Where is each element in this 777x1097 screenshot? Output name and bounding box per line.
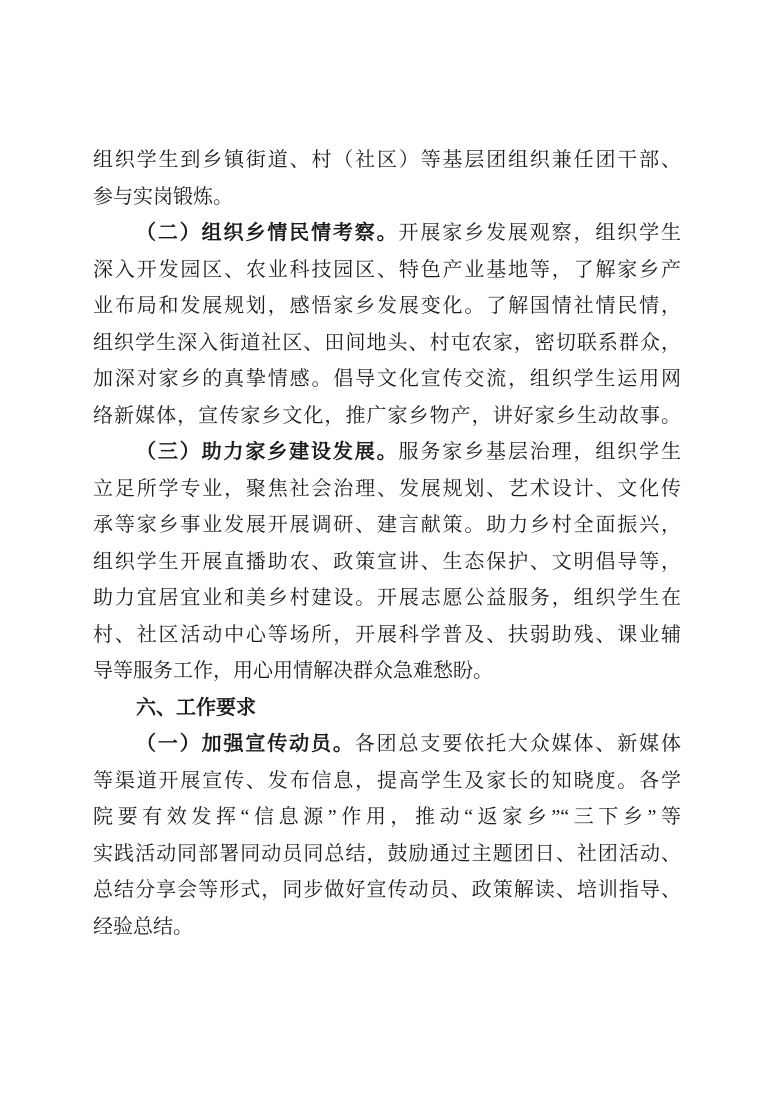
text-run: 服务家乡基层治理，组织学生 bbox=[399, 441, 682, 463]
text-line: （一）加强宣传动员。各团总支要依托大众媒体、新媒体 bbox=[93, 726, 681, 763]
text-line: 村、社区活动中心等场所，开展科学普及、扶弱助残、课业辅 bbox=[93, 617, 681, 654]
text-line: 六、工作要求 bbox=[93, 690, 681, 727]
text-line: 组织学生到乡镇街道、村（社区）等基层团组织兼任团干部、 bbox=[93, 142, 681, 179]
text-line: 导等服务工作，用心用情解决群众急难愁盼。 bbox=[93, 653, 681, 690]
text-line: 等渠道开展宣传、发布信息，提高学生及家长的知晓度。各学 bbox=[93, 763, 681, 800]
text-line: 总结分享会等形式，同步做好宣传动员、政策解读、培训指导、 bbox=[93, 872, 681, 909]
text-run: 各团总支要依托大众媒体、新媒体 bbox=[355, 733, 681, 755]
bold-text-run: （一）加强宣传动员。 bbox=[136, 733, 355, 755]
text-run: 总结分享会等形式，同步做好宣传动员、政策解读、培训指导、 bbox=[93, 879, 681, 901]
text-line: 加深对家乡的真挚情感。倡导文化宣传交流，组织学生运用网 bbox=[93, 361, 681, 398]
text-run: 参与实岗锻炼。 bbox=[93, 186, 233, 208]
text-line: （二）组织乡情民情考察。开展家乡发展观察，组织学生 bbox=[93, 215, 681, 252]
paragraph-body-continuation: 组织学生到乡镇街道、村（社区）等基层团组织兼任团干部、参与实岗锻炼。 bbox=[93, 142, 681, 215]
text-line: 深入开发园区、农业科技园区、特色产业基地等，了解家乡产 bbox=[93, 252, 681, 289]
text-line: 立足所学专业，聚焦社会治理、发展规划、艺术设计、文化传 bbox=[93, 471, 681, 508]
bold-text-run: （二）组织乡情民情考察。 bbox=[136, 222, 399, 244]
text-run: 导等服务工作，用心用情解决群众急难愁盼。 bbox=[93, 660, 493, 682]
text-line: 院要有效发挥“信息源”作用，推动“返家乡”“三下乡”等 bbox=[93, 799, 681, 836]
text-run: 开展家乡发展观察，组织学生 bbox=[399, 222, 682, 244]
text-line: 经验总结。 bbox=[93, 909, 681, 946]
text-run: 实践活动同部署同动员同总结，鼓励通过主题团日、社团活动、 bbox=[93, 843, 681, 865]
paragraph-numbered-item: （三）助力家乡建设发展。服务家乡基层治理，组织学生立足所学专业，聚焦社会治理、发… bbox=[93, 434, 681, 690]
text-run: 承等家乡事业发展开展调研、建言献策。助力乡村全面振兴， bbox=[93, 514, 681, 536]
paragraph-numbered-item: （二）组织乡情民情考察。开展家乡发展观察，组织学生深入开发园区、农业科技园区、特… bbox=[93, 215, 681, 434]
document-page: 组织学生到乡镇街道、村（社区）等基层团组织兼任团干部、参与实岗锻炼。（二）组织乡… bbox=[0, 0, 777, 1097]
text-line: 组织学生深入街道社区、田间地头、村屯农家，密切联系群众， bbox=[93, 325, 681, 362]
text-line: （三）助力家乡建设发展。服务家乡基层治理，组织学生 bbox=[93, 434, 681, 471]
text-run: 业布局和发展规划，感悟家乡发展变化。了解国情社情民情， bbox=[93, 295, 681, 317]
text-run: 组织学生深入街道社区、田间地头、村屯农家，密切联系群众， bbox=[93, 332, 681, 354]
text-run: 院要有效发挥“信息源”作用，推动“返家乡”“三下乡”等 bbox=[93, 806, 681, 828]
text-line: 实践活动同部署同动员同总结，鼓励通过主题团日、社团活动、 bbox=[93, 836, 681, 873]
text-line: 参与实岗锻炼。 bbox=[93, 179, 681, 216]
text-line: 业布局和发展规划，感悟家乡发展变化。了解国情社情民情， bbox=[93, 288, 681, 325]
text-run: 组织学生开展直播助农、政策宣讲、生态保护、文明倡导等， bbox=[93, 551, 681, 573]
text-run: 组织学生到乡镇街道、村（社区）等基层团组织兼任团干部、 bbox=[93, 149, 681, 171]
text-run: 经验总结。 bbox=[93, 916, 193, 938]
text-line: 络新媒体，宣传家乡文化，推广家乡物产，讲好家乡生动故事。 bbox=[93, 398, 681, 435]
text-line: 组织学生开展直播助农、政策宣讲、生态保护、文明倡导等， bbox=[93, 544, 681, 581]
text-run: 络新媒体，宣传家乡文化，推广家乡物产，讲好家乡生动故事。 bbox=[93, 405, 681, 427]
document-body: 组织学生到乡镇街道、村（社区）等基层团组织兼任团干部、参与实岗锻炼。（二）组织乡… bbox=[93, 142, 681, 945]
text-run: 等渠道开展宣传、发布信息，提高学生及家长的知晓度。各学 bbox=[93, 770, 681, 792]
paragraph-section-heading: 六、工作要求 bbox=[93, 690, 681, 727]
text-run: 深入开发园区、农业科技园区、特色产业基地等，了解家乡产 bbox=[93, 259, 681, 281]
bold-text-run: （三）助力家乡建设发展。 bbox=[136, 441, 399, 463]
text-line: 助力宜居宜业和美乡村建设。开展志愿公益服务，组织学生在 bbox=[93, 580, 681, 617]
paragraph-numbered-item: （一）加强宣传动员。各团总支要依托大众媒体、新媒体等渠道开展宣传、发布信息，提高… bbox=[93, 726, 681, 945]
text-line: 承等家乡事业发展开展调研、建言献策。助力乡村全面振兴， bbox=[93, 507, 681, 544]
text-run: 村、社区活动中心等场所，开展科学普及、扶弱助残、课业辅 bbox=[93, 624, 681, 646]
text-run: 助力宜居宜业和美乡村建设。开展志愿公益服务，组织学生在 bbox=[93, 587, 681, 609]
bold-text-run: 六、工作要求 bbox=[136, 697, 256, 719]
text-run: 加深对家乡的真挚情感。倡导文化宣传交流，组织学生运用网 bbox=[93, 368, 681, 390]
text-run: 立足所学专业，聚焦社会治理、发展规划、艺术设计、文化传 bbox=[93, 478, 681, 500]
